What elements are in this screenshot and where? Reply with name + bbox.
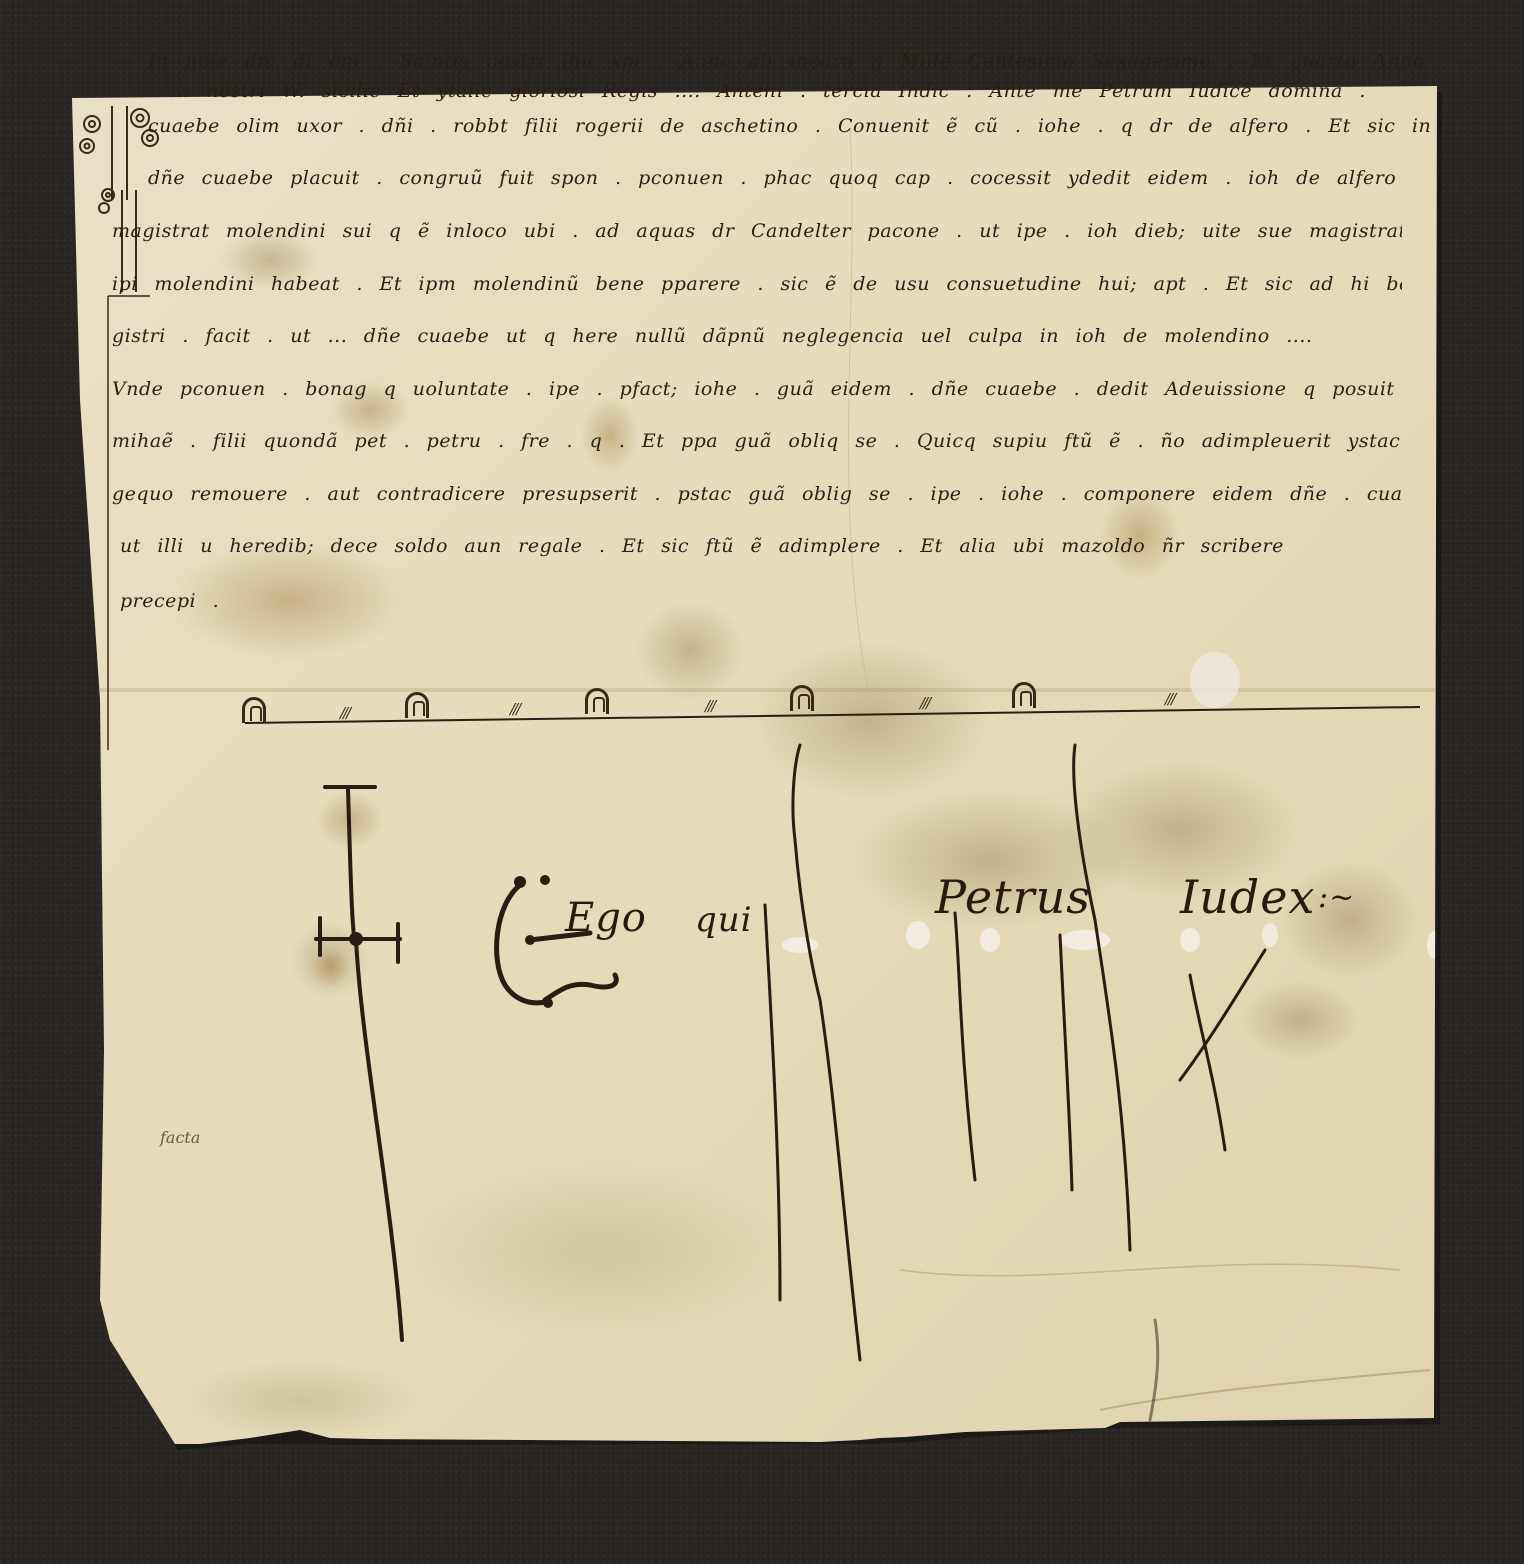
- text-line-7: gistri . facit . ut ... dñe cuaebe ut q …: [112, 325, 1402, 347]
- arch-mark: [405, 692, 429, 718]
- arch-mark: [790, 685, 814, 711]
- tick-mark: ///: [510, 700, 519, 718]
- text-line-3: cuaebe olim uxor . dñi . robbt filii rog…: [148, 115, 1438, 137]
- signature-closing-mark: :~: [1318, 880, 1355, 915]
- tick-mark: ///: [920, 694, 929, 712]
- tick-mark: ///: [340, 704, 349, 722]
- signature-ego: Ego: [565, 895, 647, 941]
- signature-qui: qui: [695, 900, 753, 940]
- arch-mark: [585, 688, 609, 714]
- arch-mark: [1012, 682, 1036, 708]
- signature-petrus: Petrus: [935, 870, 1091, 924]
- text-line-6: ipi molendini habeat . Et ipm molendinũ …: [112, 273, 1402, 295]
- text-line-2: ... nostri W. sicilie Et ytalie gloriosi…: [170, 80, 1460, 102]
- signature-iudex: Iudex: [1180, 870, 1315, 924]
- text-line-5: magistrat molendini sui q ẽ inloco ubi .…: [112, 220, 1402, 242]
- text-line-1: In noĩe dñi dĩ ẽnĩ . Salutis nostri ihu …: [148, 50, 1438, 72]
- tick-mark: ///: [705, 697, 714, 715]
- text-line-4: dñe cuaebe placuit . congruũ fuit spon .…: [148, 167, 1438, 189]
- margin-note: facta: [160, 1128, 200, 1147]
- text-line-10: gequo remouere . aut contradicere presup…: [112, 483, 1402, 505]
- text-line-9: mihaẽ . filii quondã pet . petru . fre .…: [112, 430, 1402, 452]
- tick-mark: ///: [1165, 690, 1174, 708]
- arch-mark: [242, 697, 266, 723]
- charter-text: In noĩe dñi dĩ ẽnĩ . Salutis nostri ihu …: [0, 0, 1524, 1564]
- text-line-8: Vnde pconuen . bonag q uoluntate . ipe .…: [112, 378, 1402, 400]
- text-line-12: precepi .: [120, 590, 1410, 612]
- text-line-11: ut illi u heredib; dece soldo aun regale…: [120, 535, 1410, 557]
